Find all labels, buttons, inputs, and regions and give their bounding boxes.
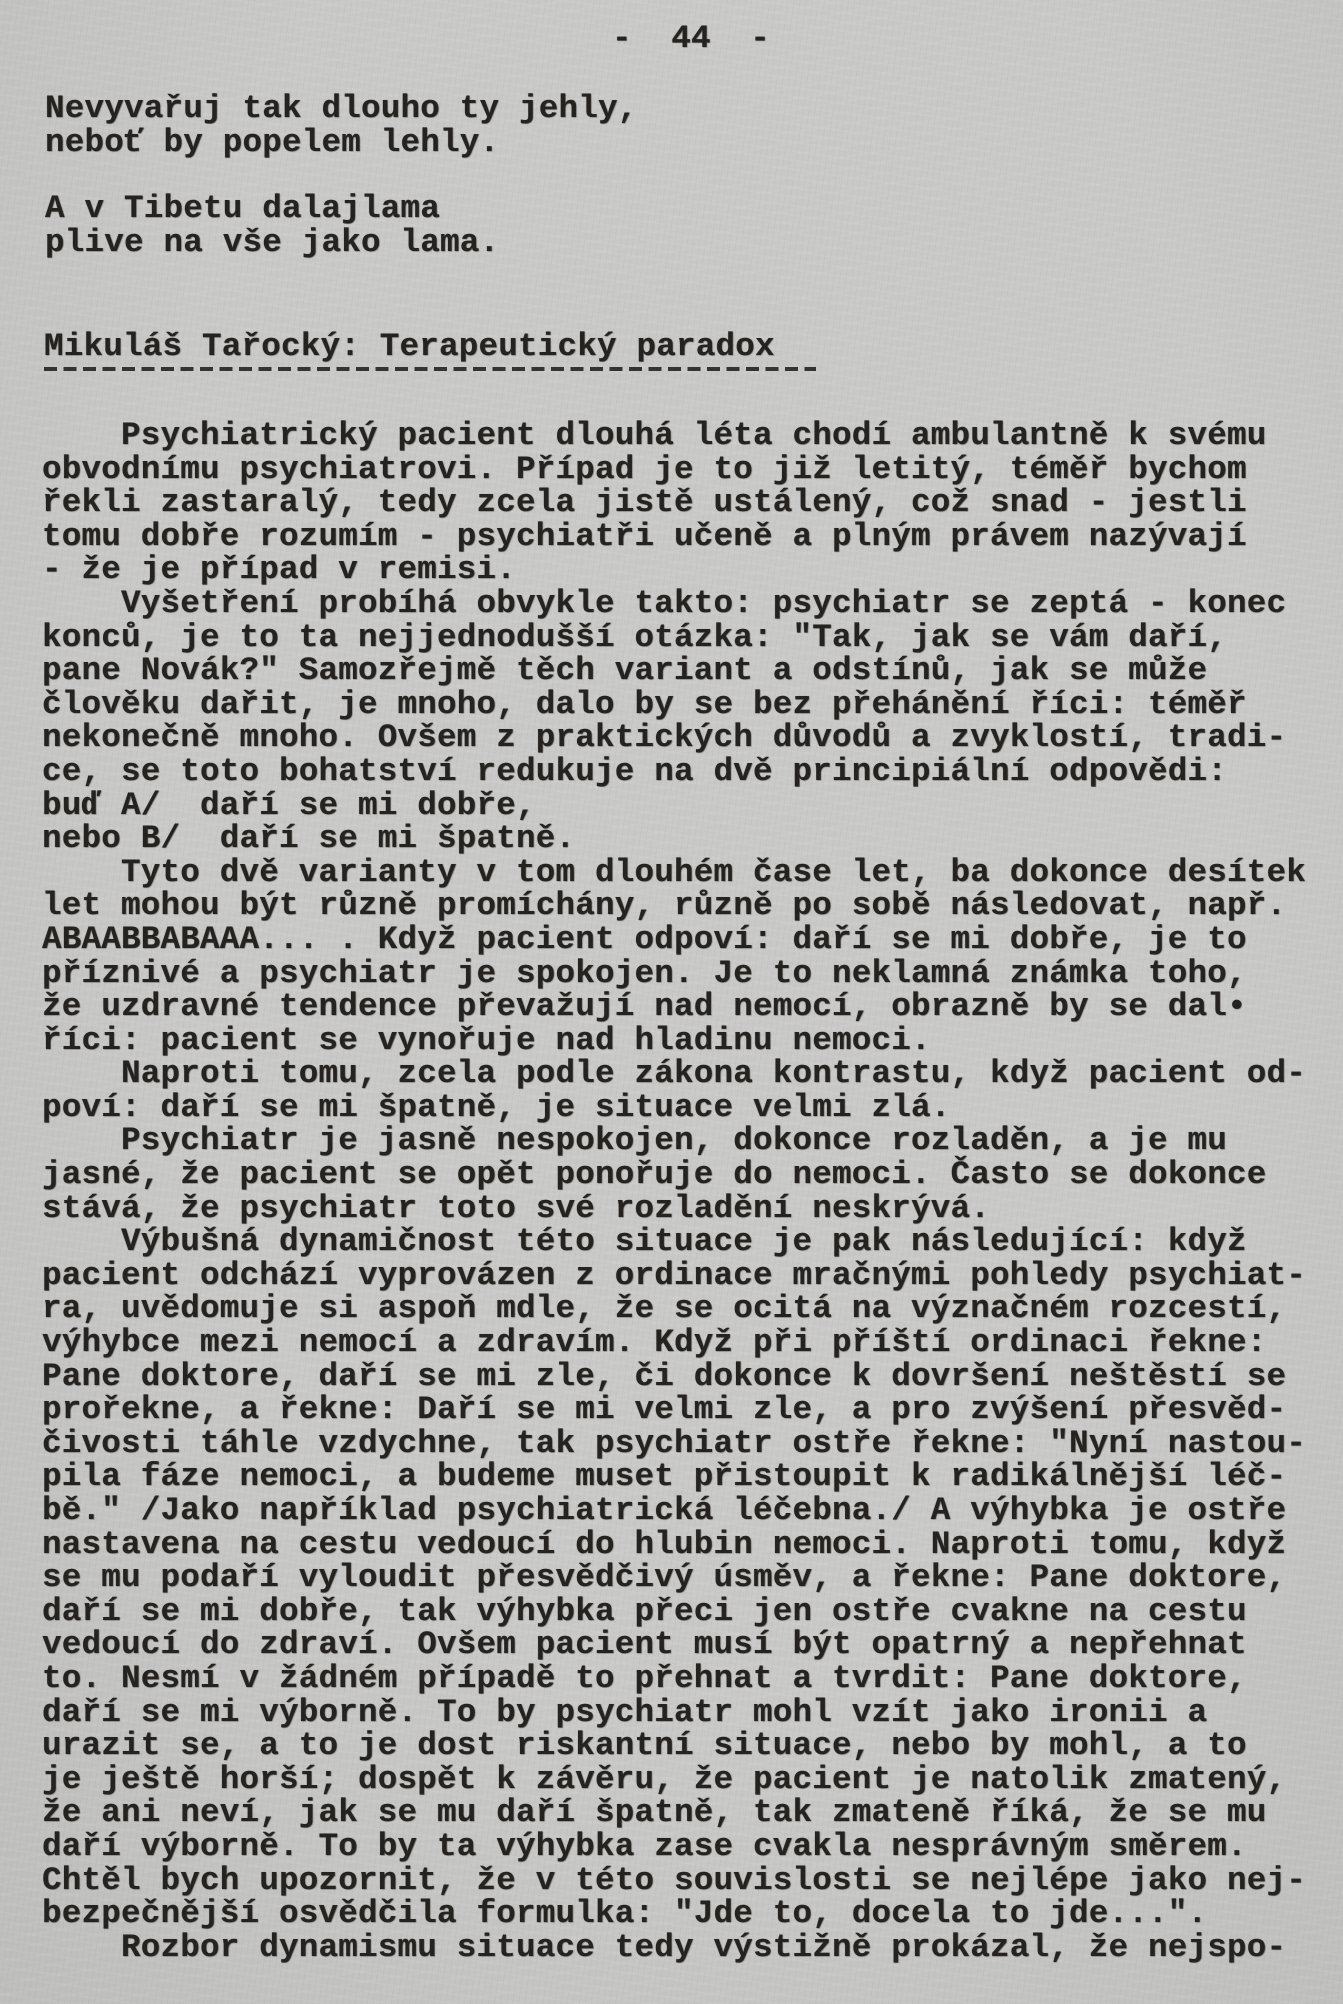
scanned-typewritten-page: - 44 - Nevyvařuj tak dlouho ty jehly, ne… (0, 0, 1343, 2004)
epigraph-stanza-1: Nevyvařuj tak dlouho ty jehly, neboť by … (45, 92, 638, 159)
epigraph-stanza-2: A v Tibetu dalajlama plive na vše jako l… (45, 192, 499, 259)
article-heading-block: Mikuláš Tařocký: Terapeutický paradox (44, 330, 816, 371)
page-number: - 44 - (612, 22, 770, 56)
article-body: Psychiatrický pacient dlouhá léta chodí … (42, 419, 1306, 1964)
heading-dashed-underline (44, 367, 816, 371)
article-heading: Mikuláš Tařocký: Terapeutický paradox (44, 330, 816, 364)
